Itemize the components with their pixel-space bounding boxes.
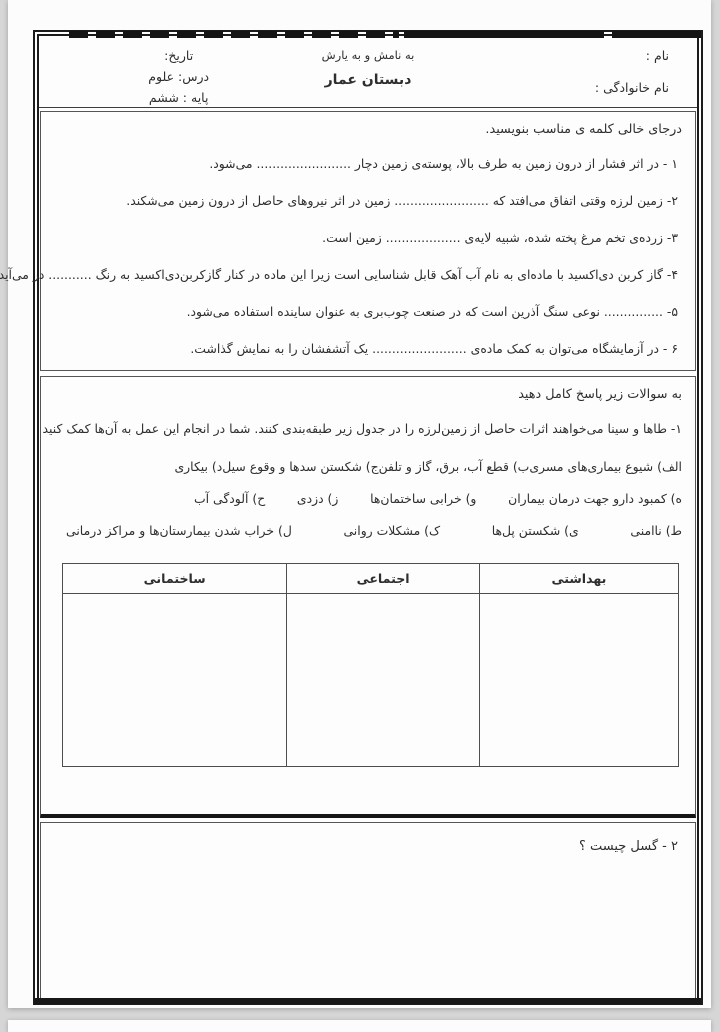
column-header-structural: ساختمانی [63, 564, 287, 594]
family-name-field-label: نام خانوادگی : [478, 80, 669, 95]
school-name: دبستان عمار [258, 72, 477, 88]
blank-question-1: ۱ - در اثر فشار از درون زمین به طرف بالا… [54, 153, 682, 174]
blank-question-2: ۲- زمین لرزه وقتی اتفاق می‌افتد که .....… [54, 190, 682, 211]
scanned-exam-page: نام : نام خانوادگی : به نامش و به یارش د… [8, 0, 711, 1008]
answer-cell-structural [63, 594, 287, 767]
student-info-block: نام : نام خانوادگی : [478, 48, 697, 107]
option-be: ب) قطع آب، برق، گاز و تلفن [379, 459, 530, 474]
fill-in-blanks-prompt: درجای خالی کلمه ی مناسب بنویسید. [54, 122, 682, 137]
motto-text: به نامش و به یارش [258, 48, 477, 62]
fill-in-blanks-section: درجای خالی کلمه ی مناسب بنویسید. ۱ - در … [40, 111, 696, 371]
option-hhe: ح) آلودگی آب [194, 491, 265, 506]
exam-header: نام : نام خانوادگی : به نامش و به یارش د… [39, 36, 697, 108]
classification-table-answer-row [63, 594, 679, 767]
document-viewer: { "page": { "header": { "name_label": "ن… [0, 0, 720, 1032]
option-lam: ل) خراب شدن بیمارستان‌ها و مراکز درمانی [66, 523, 292, 538]
blank-question-5: ۵- ............... نوعی سنگ آذرین است که… [54, 301, 682, 322]
column-header-health: بهداشتی [479, 564, 678, 594]
open-questions-prompt: به سوالات زیر پاسخ کامل دهید [54, 387, 682, 402]
option-alef: الف) شیوع بیماری‌های مسری [529, 459, 682, 474]
option-dal: د) بیکاری [174, 459, 222, 474]
answer-cell-health [479, 594, 678, 767]
option-vav: و) خرابی ساختمان‌ها [370, 491, 476, 506]
grade-label: پایه : ششم [99, 90, 258, 105]
lesson-label: درس: علوم [99, 69, 258, 84]
classification-table-header-row: بهداشتی اجتماعی ساختمانی [63, 564, 679, 594]
classification-table: بهداشتی اجتماعی ساختمانی [62, 563, 679, 767]
school-block: به نامش و به یارش دبستان عمار [258, 48, 477, 107]
option-ya: ی) شکستن پل‌ها [492, 523, 579, 538]
name-field-label: نام : [478, 48, 669, 63]
options-row-2: ه) کمبود دارو جهت درمان بیماران و) خرابی… [54, 491, 682, 506]
exam-meta-block: تاریخ: درس: علوم پایه : ششم [39, 48, 258, 107]
fault-question: ۲ - گسل چیست ؟ [54, 839, 682, 854]
scan-artifact-top-solid [404, 31, 701, 38]
blank-question-4: ۴- گاز کربن دی‌اکسید با ماده‌ای به نام آ… [54, 264, 682, 285]
option-ta: ط) ناامنی [630, 523, 682, 538]
scan-artifact-bottom-line [35, 998, 701, 1004]
option-kaf: ک) مشکلات روانی [343, 523, 440, 538]
blank-question-6: ۶ - در آزمایشگاه می‌توان به کمک ماده‌ی .… [54, 338, 682, 359]
classification-question: ۱- طاها و سینا می‌خواهند اثرات حاصل از ز… [54, 418, 682, 439]
options-row-1: الف) شیوع بیماری‌های مسری ب) قطع آب، برق… [54, 459, 682, 474]
option-he: ه) کمبود دارو جهت درمان بیماران [508, 491, 682, 506]
option-jim: ج) شکستن سدها و وقوع سیل [222, 459, 378, 474]
scan-artifact-top-dashes [69, 31, 399, 38]
options-row-3: ط) ناامنی ی) شکستن پل‌ها ک) مشکلات روانی… [54, 523, 682, 538]
column-header-social: اجتماعی [287, 564, 480, 594]
next-page-edge [8, 1020, 711, 1032]
essay-question-section: ۲ - گسل چیست ؟ [40, 822, 696, 999]
open-questions-section: به سوالات زیر پاسخ کامل دهید ۱- طاها و س… [40, 376, 696, 818]
blank-question-3: ۳- زرده‌ی تخم مرغ پخته شده، شبیه لایه‌ی … [54, 227, 682, 248]
answer-cell-social [287, 594, 480, 767]
exam-sheet-frame: نام : نام خانوادگی : به نامش و به یارش د… [33, 30, 703, 1005]
option-ze: ز) دزدی [297, 491, 338, 506]
date-field-label: تاریخ: [99, 48, 258, 63]
